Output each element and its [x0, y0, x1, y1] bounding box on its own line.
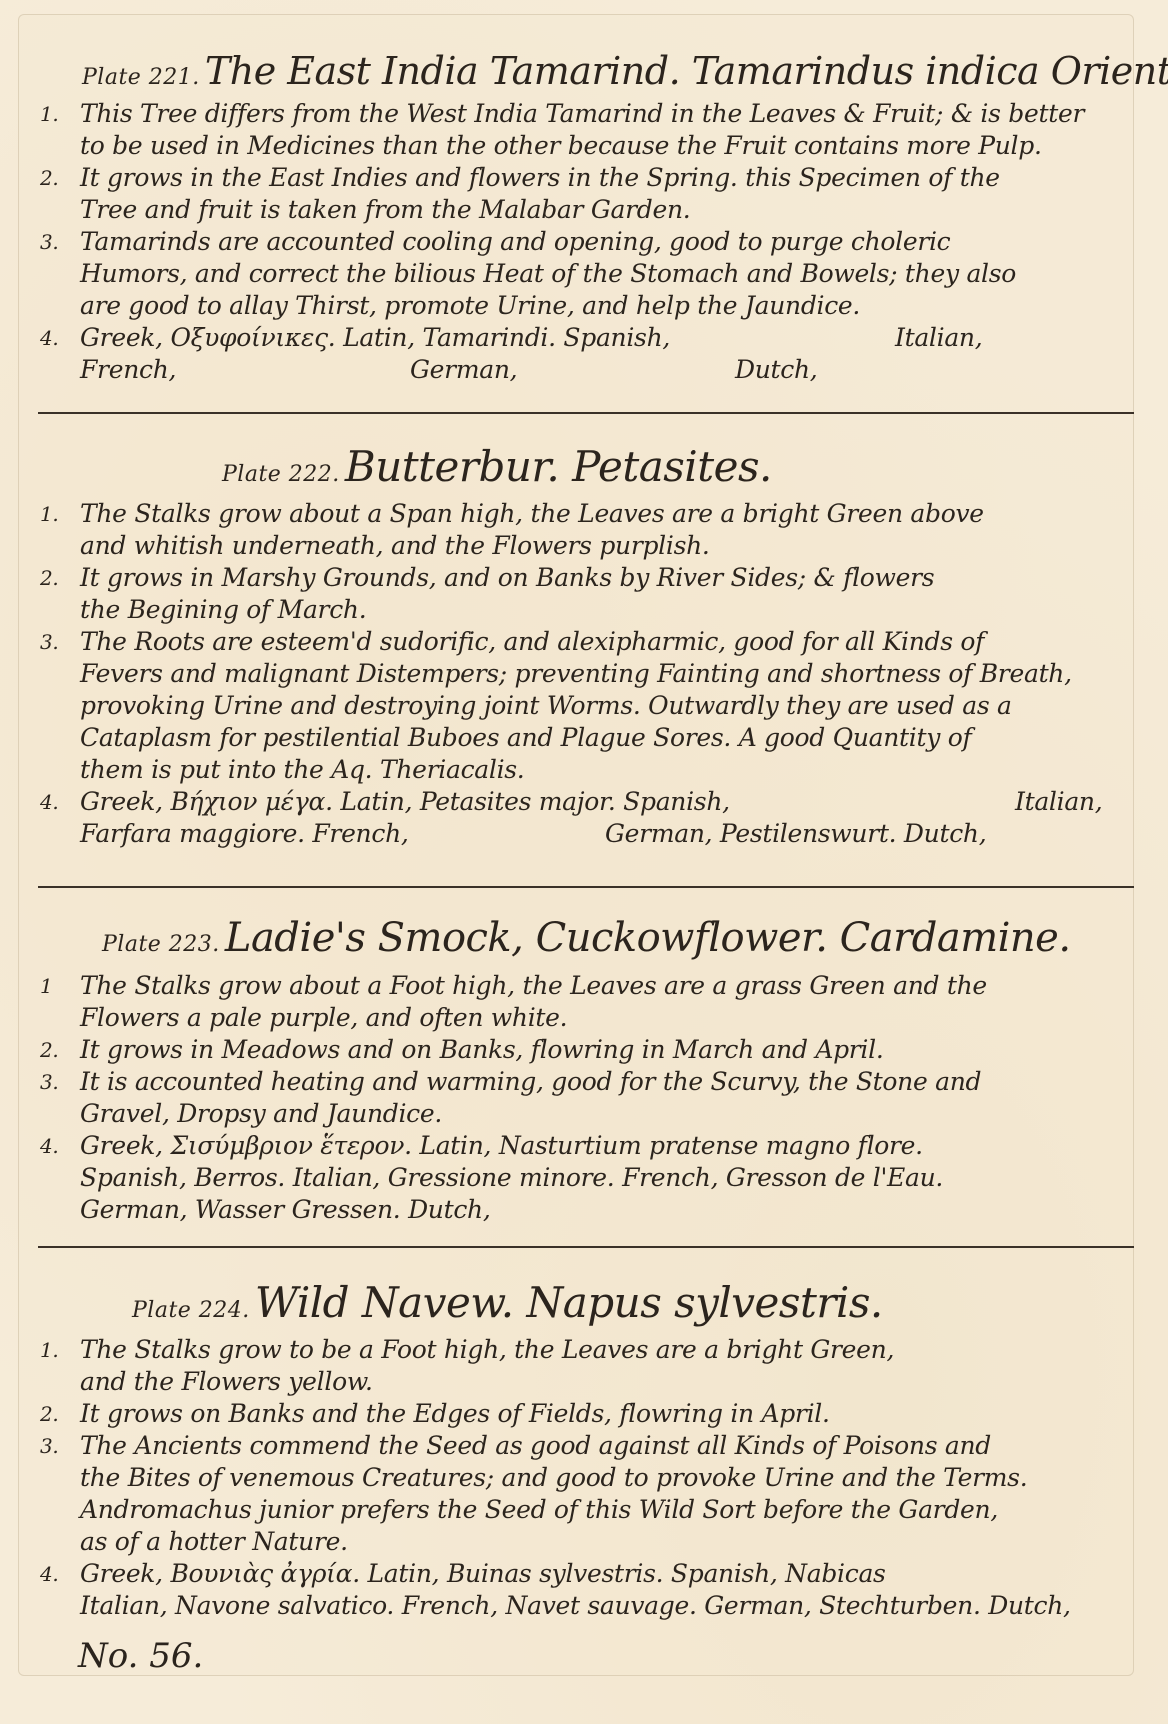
name-entry: Greek, Βήχιον μέγα. Latin, Petasites maj…: [80, 786, 730, 818]
item-line: The Roots are esteem'd sudorific, and al…: [80, 626, 1130, 658]
item-number: 3.: [40, 1430, 58, 1462]
item-line: Humors, and correct the bilious Heat of …: [80, 258, 1130, 290]
description-item: 2. It grows on Banks and the Edges of Fi…: [70, 1398, 1130, 1430]
plate-title: Ladie's Smock, Cuckowflower. Cardamine.: [225, 915, 1071, 961]
item-number: 2.: [40, 1034, 58, 1066]
description-item: 3. The Roots are esteem'd sudorific, and…: [70, 626, 1130, 786]
item-number: 3.: [40, 226, 58, 258]
item-line: Flowers a pale purple, and often white.: [80, 1002, 1130, 1034]
name-entry: Greek, Οξυφοίνικες. Latin, Tamarindi. Sp…: [80, 322, 670, 354]
item-number: 3.: [40, 626, 58, 658]
item-line: It is accounted heating and warming, goo…: [80, 1066, 1130, 1098]
names-item: 4. Greek, Σισύμβριον ἕτερον. Latin, Nast…: [70, 1130, 1130, 1226]
plate-title: Wild Navew. Napus sylvestris.: [255, 1278, 883, 1327]
plate-221-section: Plate 221. The East India Tamarind. Tama…: [70, 52, 1130, 386]
names-row: French, German, Dutch,: [80, 354, 1130, 386]
divider-rule: [38, 412, 1134, 414]
description-item: 3. It is accounted heating and warming, …: [70, 1066, 1130, 1130]
item-number: 1.: [40, 98, 58, 130]
item-number: 1.: [40, 498, 58, 530]
names-row: Farfara maggiore. French, German, Pestil…: [80, 818, 1130, 850]
plate-label: Plate 223.: [102, 932, 220, 957]
description-item: 2. It grows in Meadows and on Banks, flo…: [70, 1034, 1130, 1066]
item-line: German, Wasser Gressen. Dutch,: [80, 1194, 1130, 1226]
names-item: 4. Greek, Βουνιὰς ἀγρία. Latin, Buinas s…: [70, 1558, 1130, 1622]
item-line: the Begining of March.: [80, 594, 1130, 626]
description-item: 3. The Ancients commend the Seed as good…: [70, 1430, 1130, 1558]
name-entry: Italian,: [1015, 786, 1102, 818]
item-number: 4.: [40, 786, 58, 818]
name-entry: French,: [80, 354, 176, 386]
divider-rule: [38, 1246, 1134, 1248]
plate-label: Plate 221.: [82, 65, 200, 90]
name-entry: Dutch,: [735, 354, 817, 386]
item-line: This Tree differs from the West India Ta…: [80, 98, 1130, 130]
item-line: It grows in the East Indies and flowers …: [80, 162, 1130, 194]
item-line: and whitish underneath, and the Flowers …: [80, 530, 1130, 562]
names-item: 4. Greek, Βήχιον μέγα. Latin, Petasites …: [70, 786, 1130, 850]
description-item: 1. The Stalks grow about a Span high, th…: [70, 498, 1130, 562]
plate-heading: Plate 221. The East India Tamarind. Tama…: [70, 52, 1130, 90]
description-item: 2. It grows in Marshy Grounds, and on Ba…: [70, 562, 1130, 626]
item-line: Greek, Βουνιὰς ἀγρία. Latin, Buinas sylv…: [80, 1558, 1130, 1590]
divider-rule: [38, 886, 1134, 888]
plate-title: Butterbur. Petasites.: [345, 442, 772, 491]
description-item: 2. It grows in the East Indies and flowe…: [70, 162, 1130, 226]
name-entry: Italian,: [895, 322, 982, 354]
plate-heading: Plate 223. Ladie's Smock, Cuckowflower. …: [70, 918, 1130, 958]
item-number: 4.: [40, 1130, 58, 1162]
names-row: Greek, Οξυφοίνικες. Latin, Tamarindi. Sp…: [80, 322, 1130, 354]
item-line: Tree and fruit is taken from the Malabar…: [80, 194, 1130, 226]
plate-heading: Plate 224. Wild Navew. Napus sylvestris.: [70, 1282, 1130, 1324]
item-line: as of a hotter Nature.: [80, 1526, 1130, 1558]
name-entry: German, Pestilenswurt. Dutch,: [605, 818, 986, 850]
item-number: 4.: [40, 322, 58, 354]
item-line: Fevers and malignant Distempers; prevent…: [80, 658, 1130, 690]
description-item: 1. This Tree differs from the West India…: [70, 98, 1130, 162]
plate-224-section: Plate 224. Wild Navew. Napus sylvestris.…: [70, 1282, 1130, 1622]
item-number: 3.: [40, 1066, 58, 1098]
item-number: 2.: [40, 562, 58, 594]
item-line: are good to allay Thirst, promote Urine,…: [80, 290, 1130, 322]
description-item: 1 The Stalks grow about a Foot high, the…: [70, 970, 1130, 1034]
item-line: Spanish, Berros. Italian, Gressione mino…: [80, 1162, 1130, 1194]
plate-222-section: Plate 222. Butterbur. Petasites. 1. The …: [70, 446, 1130, 850]
names-item: 4. Greek, Οξυφοίνικες. Latin, Tamarindi.…: [70, 322, 1130, 386]
item-number: 2.: [40, 1398, 58, 1430]
item-line: Gravel, Dropsy and Jaundice.: [80, 1098, 1130, 1130]
name-entry: German,: [410, 354, 517, 386]
item-line: them is put into the Aq. Theriacalis.: [80, 754, 1130, 786]
item-line: It grows in Meadows and on Banks, flowri…: [80, 1034, 1130, 1066]
item-number: 1: [40, 970, 52, 1002]
item-line: Greek, Σισύμβριον ἕτερον. Latin, Nasturt…: [80, 1130, 1130, 1162]
item-number: 1.: [40, 1334, 58, 1366]
item-line: and the Flowers yellow.: [80, 1366, 1130, 1398]
page-number: No. 56.: [78, 1636, 203, 1676]
item-line: the Bites of venemous Creatures; and goo…: [80, 1462, 1130, 1494]
item-line: The Stalks grow about a Foot high, the L…: [80, 970, 1130, 1002]
item-line: Andromachus junior prefers the Seed of t…: [80, 1494, 1130, 1526]
item-line: It grows in Marshy Grounds, and on Banks…: [80, 562, 1130, 594]
description-item: 3. Tamarinds are accounted cooling and o…: [70, 226, 1130, 322]
item-number: 4.: [40, 1558, 58, 1590]
plate-label: Plate 224.: [132, 1298, 250, 1323]
plate-title: The East India Tamarind. Tamarindus indi…: [205, 49, 1168, 93]
item-line: It grows on Banks and the Edges of Field…: [80, 1398, 1130, 1430]
item-line: Cataplasm for pestilential Buboes and Pl…: [80, 722, 1130, 754]
item-line: provoking Urine and destroying joint Wor…: [80, 690, 1130, 722]
names-row: Greek, Βήχιον μέγα. Latin, Petasites maj…: [80, 786, 1130, 818]
item-line: Tamarinds are accounted cooling and open…: [80, 226, 1130, 258]
item-line: The Ancients commend the Seed as good ag…: [80, 1430, 1130, 1462]
item-line: to be used in Medicines than the other b…: [80, 130, 1130, 162]
item-number: 2.: [40, 162, 58, 194]
plate-label: Plate 222.: [222, 462, 340, 487]
item-line: The Stalks grow to be a Foot high, the L…: [80, 1334, 1130, 1366]
item-line: Italian, Navone salvatico. French, Navet…: [80, 1590, 1130, 1622]
name-entry: Farfara maggiore. French,: [80, 818, 409, 850]
description-item: 1. The Stalks grow to be a Foot high, th…: [70, 1334, 1130, 1398]
plate-223-section: Plate 223. Ladie's Smock, Cuckowflower. …: [70, 918, 1130, 1226]
plate-heading: Plate 222. Butterbur. Petasites.: [70, 446, 1130, 488]
item-line: The Stalks grow about a Span high, the L…: [80, 498, 1130, 530]
